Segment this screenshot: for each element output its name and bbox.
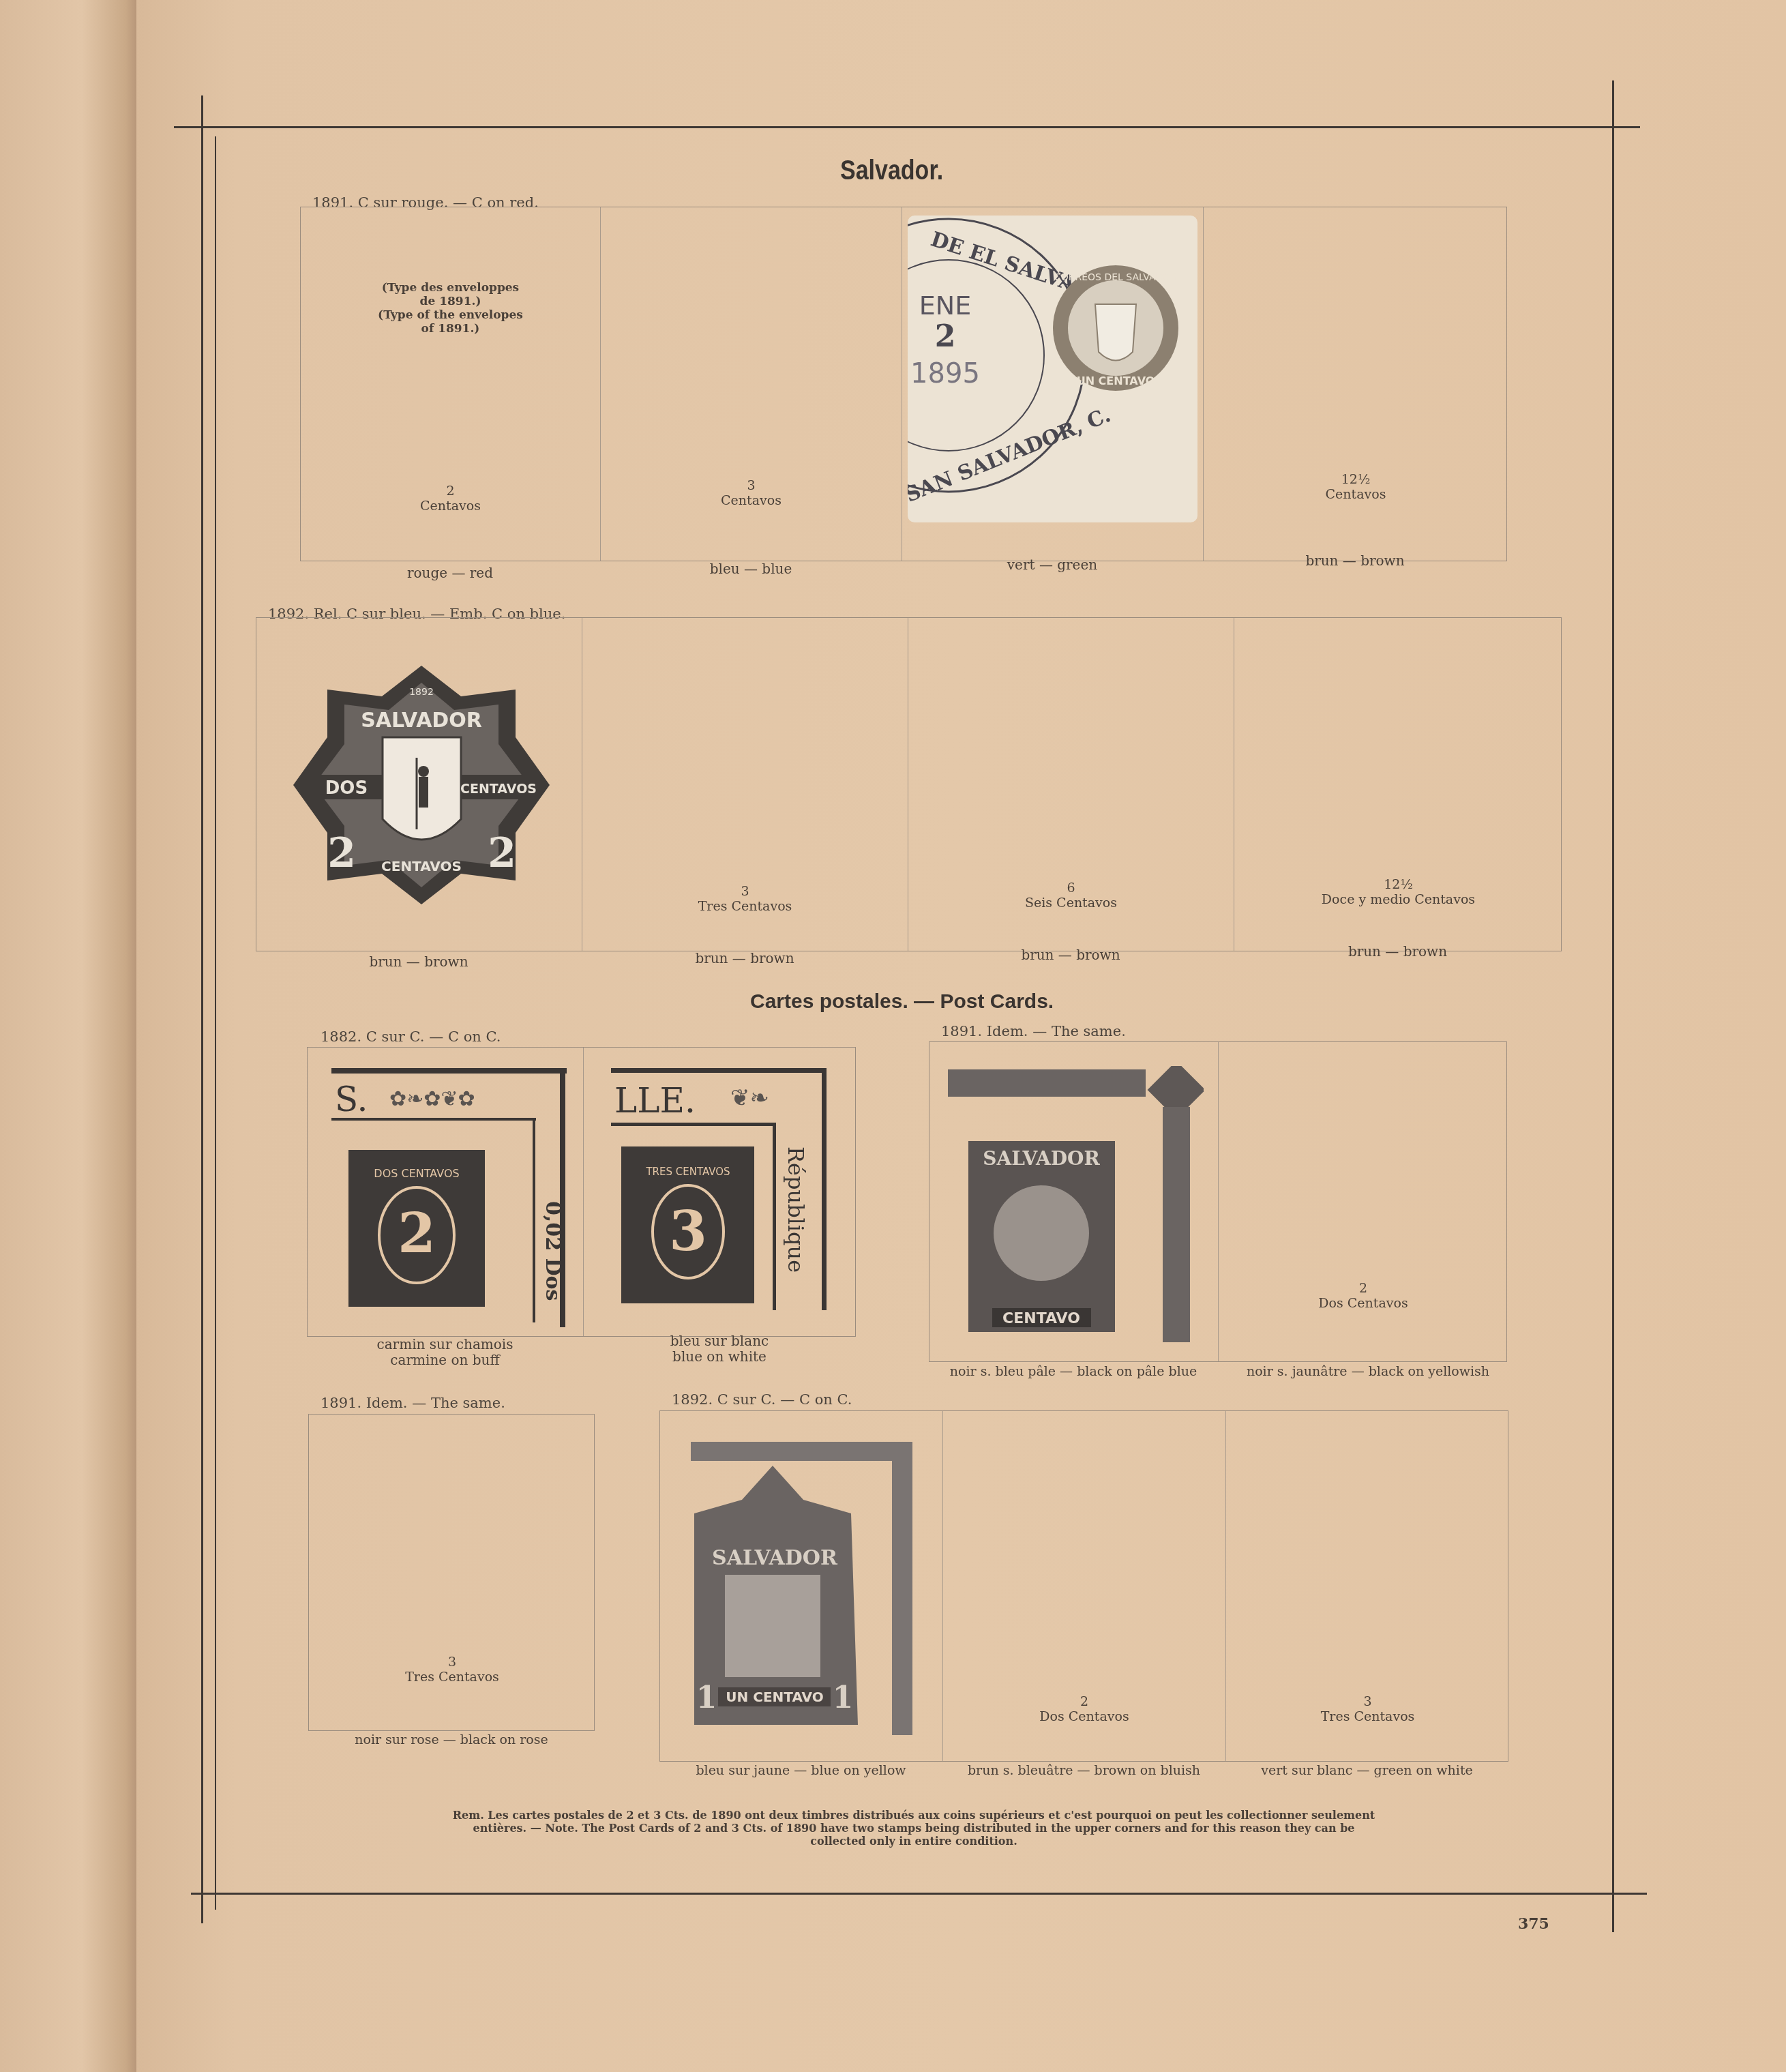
color-label: brun — brown (1203, 552, 1507, 569)
svg-text:ENE: ENE (919, 291, 971, 321)
denomination-label: 2 Dos Centavos (1219, 1281, 1508, 1311)
color-label: bleu — blue (600, 561, 902, 577)
svg-text:SALVADOR: SALVADOR (712, 1546, 838, 1570)
color-label: vert — green (902, 557, 1203, 573)
color-label: bleu sur blanc blue on white (583, 1333, 856, 1365)
svg-text:2: 2 (488, 829, 516, 877)
color-label: vert sur blanc — green on white (1225, 1763, 1508, 1778)
svg-text:1: 1 (833, 1681, 854, 1715)
svg-text:République: République (783, 1146, 809, 1273)
svg-text:DOS CENTAVOS: DOS CENTAVOS (374, 1167, 459, 1180)
svg-text:UN CENTAVO: UN CENTAVO (726, 1689, 823, 1705)
svg-text:TRES CENTAVOS: TRES CENTAVOS (645, 1166, 730, 1178)
group-1891a-caption: 1891. Idem. — The same. (941, 1023, 1126, 1039)
album-space-card-1c-black-pale-blue: SALVADOR CENTAVO (929, 1042, 1219, 1361)
album-space-card-3c-green-white: 3 Tres Centavos (1226, 1411, 1509, 1761)
group-1882-caption: 1882. C sur C. — C on C. (321, 1028, 501, 1045)
postcard-corner-2-centavos-icon: S. ✿❧✿❦✿ 2 DOS CENTAVOS 0,02 Dos (328, 1065, 580, 1331)
denomination-label: 3 Tres Centavos (1226, 1694, 1509, 1724)
postcards-heading: Cartes postales. — Post Cards. (750, 990, 1054, 1013)
album-space-2c-red: (Type des enveloppes de 1891.) (Type of … (301, 207, 601, 561)
page-title: Salvador. (840, 156, 943, 186)
color-label: brun — brown (1234, 943, 1562, 960)
svg-text:SAN SALVADOR, C.: SAN SALVADOR, C. (908, 403, 1114, 507)
group-1882-album-row: S. ✿❧✿❦✿ 2 DOS CENTAVOS 0,02 Dos LLE. ❦❧… (307, 1047, 856, 1337)
color-label: brun — brown (582, 950, 908, 966)
album-space-card-2c-carmine: S. ✿❧✿❦✿ 2 DOS CENTAVOS 0,02 Dos (308, 1048, 584, 1336)
group-1891b-album-row: 3 Tres Centavos (308, 1414, 595, 1731)
section2-album-row: DOS CENTAVOS SALVADOR 1892 CENTAVOS 2 2 … (256, 617, 1562, 951)
denomination-label: 3 Tres Centavos (309, 1655, 595, 1685)
color-label: brun — brown (256, 953, 582, 970)
denomination-label: 12½ Doce y medio Centavos (1234, 877, 1562, 907)
facing-page-edge (0, 0, 136, 2072)
denomination-label: 6 Seis Centavos (908, 880, 1234, 911)
section1-album-row: (Type des enveloppes de 1891.) (Type of … (300, 207, 1507, 561)
group-1891a-album-row: SALVADOR CENTAVO 2 Dos Centavos (929, 1041, 1507, 1362)
svg-text:3: 3 (669, 1199, 707, 1263)
svg-text:2: 2 (327, 829, 356, 877)
album-space-card-2c-bluish: 2 Dos Centavos (943, 1411, 1226, 1761)
svg-text:1895: 1895 (910, 358, 980, 389)
denomination-label: 3 Tres Centavos (582, 884, 908, 914)
color-label: brun s. bleuâtre — brown on bluish (942, 1763, 1225, 1778)
album-space-card-1c-blue-yellow: SALVADOR UN CENTAVO 1 1 (660, 1411, 943, 1761)
svg-text:2: 2 (398, 1201, 436, 1265)
group-1892-caption: 1892. C sur C. — C on C. (672, 1391, 852, 1408)
postcard-corner-3-centavos-icon: LLE. ❦❧ 3 TRES CENTAVOS République (608, 1065, 853, 1327)
svg-text:1: 1 (696, 1681, 717, 1715)
embossed-stamp-2-centavos-icon: DOS CENTAVOS SALVADOR 1892 CENTAVOS 2 2 (291, 662, 553, 908)
color-label: noir s. jaunâtre — black on yellowish (1218, 1364, 1518, 1379)
svg-text:CENTAVOS: CENTAVOS (381, 858, 462, 874)
color-label: noir s. bleu pâle — black on pâle blue (929, 1364, 1218, 1379)
svg-text:SALVADOR: SALVADOR (983, 1147, 1100, 1170)
color-label: noir sur rose — black on rose (308, 1732, 595, 1747)
svg-text:CENTAVOS: CENTAVOS (460, 782, 537, 797)
album-space-6c-brown: 6 Seis Centavos (908, 618, 1234, 951)
album-space-3c-brown: 3 Tres Centavos (582, 618, 908, 951)
album-space-3c-blue: 3 Centavos (601, 207, 902, 561)
svg-text:UN CENTAVO: UN CENTAVO (1077, 374, 1155, 387)
album-space-12half-brown: 12½ Doce y medio Centavos (1234, 618, 1562, 951)
denomination-label: 3 Centavos (601, 478, 902, 508)
color-label: brun — brown (908, 947, 1234, 963)
frame-left-rule (201, 95, 203, 1923)
frame-right-rule (1612, 80, 1614, 1932)
frame-top-rule (174, 126, 1640, 128)
color-label: rouge — red (300, 565, 600, 581)
svg-text:LLE.: LLE. (614, 1081, 696, 1121)
group-1892-album-row: SALVADOR UN CENTAVO 1 1 2 Dos Centavos 3… (659, 1410, 1508, 1762)
svg-text:2: 2 (935, 319, 956, 354)
denomination-label: 12½ Centavos (1204, 472, 1508, 502)
svg-text:S.: S. (335, 1080, 368, 1119)
svg-text:✿❧✿❦✿: ✿❧✿❦✿ (389, 1087, 475, 1111)
postmark-and-stamp-icon: ENE 2 1895 DE EL SALVADOR SAN SALVADOR, … (908, 216, 1197, 522)
svg-text:0,02 Dos: 0,02 Dos (541, 1201, 565, 1301)
album-space-12half-brown: 12½ Centavos (1204, 207, 1508, 561)
mounted-envelope-cutout: ENE 2 1895 DE EL SALVADOR SAN SALVADOR, … (908, 216, 1197, 522)
color-label: bleu sur jaune — blue on yellow (659, 1763, 942, 1778)
postcard-corner-1-centavo-1892-icon: SALVADOR UN CENTAVO 1 1 (687, 1438, 926, 1738)
album-space-card-3c-blue: LLE. ❦❧ 3 TRES CENTAVOS République (584, 1048, 857, 1336)
frame-bottom-rule (191, 1893, 1647, 1895)
svg-text:SALVADOR: SALVADOR (361, 709, 482, 732)
svg-text:CORREOS DEL SALVADOR: CORREOS DEL SALVADOR (1054, 272, 1177, 283)
album-space-2c-brown-illustrated: DOS CENTAVOS SALVADOR 1892 CENTAVOS 2 2 (256, 618, 582, 951)
postcard-corner-1-centavo-icon: SALVADOR CENTAVO (944, 1066, 1204, 1346)
denomination-label: 2 Dos Centavos (943, 1694, 1225, 1724)
svg-text:CENTAVO: CENTAVO (1002, 1310, 1080, 1327)
color-label: carmin sur chamois carmine on buff (307, 1337, 583, 1368)
svg-text:DOS: DOS (325, 778, 368, 799)
album-space-green-mounted: ENE 2 1895 DE EL SALVADOR SAN SALVADOR, … (902, 207, 1204, 561)
svg-text:❦❧: ❦❧ (730, 1084, 769, 1112)
album-space-card-3c-rose: 3 Tres Centavos (309, 1415, 595, 1730)
type-note: (Type des enveloppes de 1891.) (Type of … (301, 281, 600, 336)
denomination-label: 2 Centavos (301, 484, 600, 514)
svg-text:1892: 1892 (409, 687, 434, 698)
frame-left-inner-rule (215, 136, 216, 1910)
page-number: 375 (1518, 1915, 1549, 1933)
remark-note: Rem. Les cartes postales de 2 et 3 Cts. … (368, 1809, 1459, 1848)
group-1891b-caption: 1891. Idem. — The same. (321, 1395, 505, 1411)
album-space-card-2c-yellowish: 2 Dos Centavos (1219, 1042, 1508, 1361)
